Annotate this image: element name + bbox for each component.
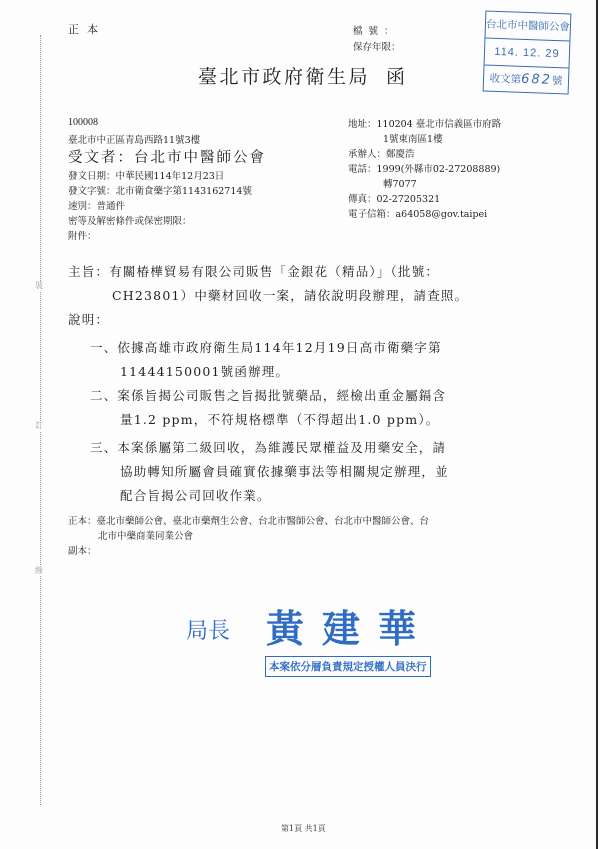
stamp-receipt-digits: 682 <box>521 72 552 88</box>
subject-line-1: 主旨：有關椿樺貿易有限公司販售「金銀花（精品）」（批號： <box>68 262 439 280</box>
delivery-speed: 速別：普通件 <box>68 198 125 212</box>
explanation-item-1-line2: 11444150001號函辦理。 <box>120 362 289 380</box>
copy-recipients-label: 副本： <box>68 543 97 557</box>
stamp-organization: 台北市中醫師公會 <box>485 12 570 42</box>
binding-char-ding: 訂 <box>35 421 43 431</box>
explanation-item-3-line1: 三、本案係屬第二級回收，為維護民眾權益及用藥安全，請 <box>90 438 446 456</box>
stamp-date: 114. 12. 29 <box>485 39 570 69</box>
signature-title: 局長 <box>186 614 230 645</box>
sender-phone-line1: 電話：1999(外縣市02-27208889) <box>348 161 500 175</box>
original-recipients-line1: 正本：臺北市藥師公會、臺北市藥劑生公會、台北市醫師公會、台北市中醫師公會、台 <box>68 513 429 527</box>
receipt-stamp: 台北市中醫師公會 114. 12. 29 收文第682號 <box>483 11 572 95</box>
explanation-item-2-line1: 二、案係旨揭公司販售之旨揭批號藥品，經檢出重金屬鎘含 <box>90 386 446 404</box>
file-number-label: 檔號： <box>353 23 400 37</box>
issue-date: 發文日期：中華民國114年12月23日 <box>68 168 224 182</box>
recipient-name: 受文者：台北市中醫師公會 <box>68 146 266 167</box>
sender-phone-line2: 轉7077 <box>383 176 417 190</box>
explanation-item-3-line2: 協助轉知所屬會員確實依據藥事法等相關規定辦理，並 <box>120 462 449 480</box>
explanation-label: 說明： <box>68 310 109 328</box>
title-document-type: 函 <box>386 66 408 88</box>
recipient-address: 臺北市中正區青島西路11號3樓 <box>68 132 200 146</box>
document-number: 發文字號：北市衛食藥字第1143162714號 <box>68 183 252 197</box>
recipient-zip: 100008 <box>68 117 98 128</box>
sender-fax: 傳真：02-27205321 <box>348 191 440 205</box>
stamp-receipt-suffix: 號 <box>552 75 563 87</box>
title-organization: 臺北市政府衛生局 <box>198 66 370 88</box>
stamp-receipt-number: 收文第682號 <box>484 66 569 95</box>
explanation-item-3-line3: 配合旨揭公司回收作業。 <box>120 486 271 504</box>
binding-char-xian: 線 <box>35 566 43 576</box>
sender-address-line1: 地址：110204 臺北市信義區市府路 <box>348 116 501 130</box>
scan-edge-line <box>596 0 598 849</box>
explanation-item-1-line1: 一、依據高雄市政府衛生局114年12月19日高市衛藥字第 <box>90 338 442 356</box>
sender-address-line2: 1號東南區1樓 <box>383 131 443 145</box>
binding-char-zhuang: 裝 <box>35 281 43 291</box>
subject-line-2: CH23801）中藥材回收一案，請依說明段辦理，請查照。 <box>112 286 468 304</box>
stamp-receipt-prefix: 收文第 <box>489 73 521 86</box>
attachment-label: 附件： <box>68 228 97 242</box>
document-page: 裝 訂 線 正本 檔號： 保存年限： 臺北市政府衛生局函 台北市中醫師公會 11… <box>0 0 600 849</box>
binding-dotted-line <box>40 35 41 805</box>
original-recipients-line2: 北市中藥商業同業公會 <box>98 528 193 542</box>
copy-type-label: 正本 <box>68 21 106 37</box>
sender-handler: 承辦人：鄭慶浩 <box>348 146 415 160</box>
page-number: 第1頁 共1頁 <box>281 823 326 834</box>
delegation-note-stamp: 本案依分層負責規定授權人員決行 <box>265 656 431 677</box>
secrecy-level: 密等及解密條件或保密期限： <box>68 213 192 227</box>
explanation-item-2-line2: 量1.2 ppm，不符規格標準（不得超出1.0 ppm）。 <box>120 410 439 428</box>
sender-email: 電子信箱：a64058@gov.taipei <box>348 206 487 220</box>
retention-period-label: 保存年限： <box>353 39 401 53</box>
document-title: 臺北市政府衛生局函 <box>198 62 408 89</box>
signature-name: 黃建華 <box>266 598 434 653</box>
